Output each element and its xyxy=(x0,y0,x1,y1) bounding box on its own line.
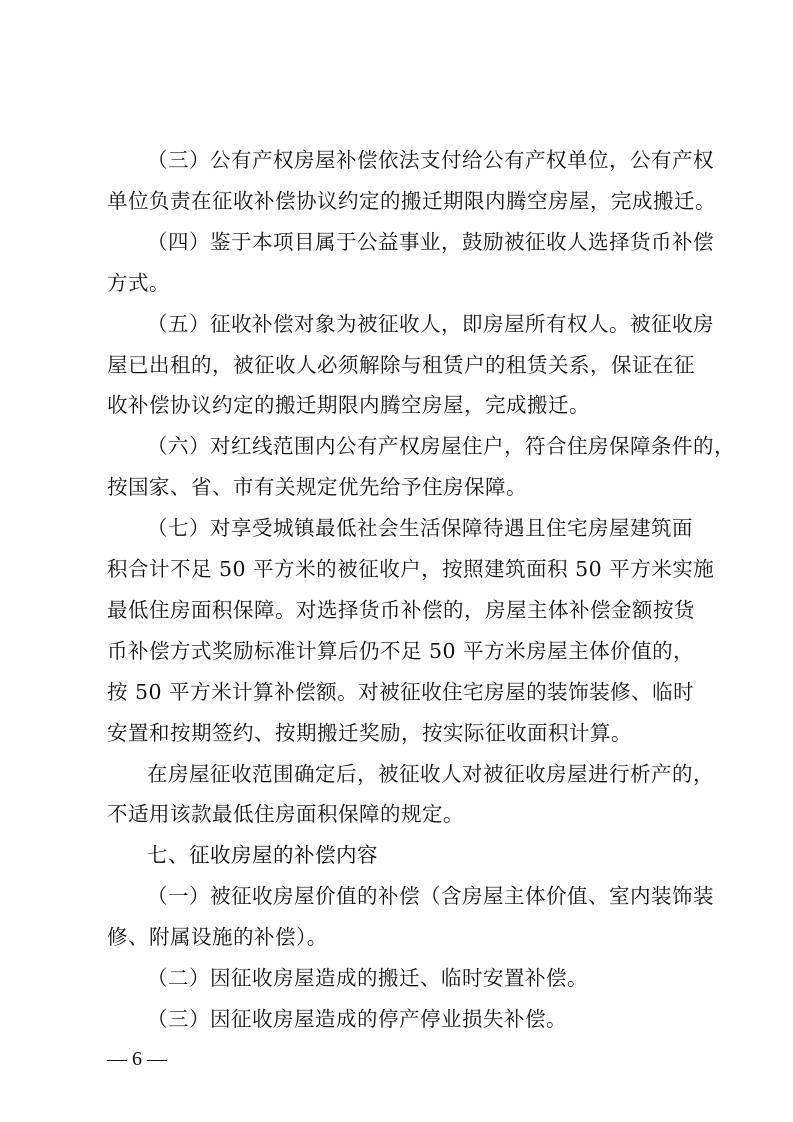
text-line: （五）征收补偿对象为被征收人，即房屋所有权人。被征收房 xyxy=(147,310,747,338)
text-line: 按国家、省、市有关规定优先给予住房保障。 xyxy=(107,473,707,501)
text-line: 按 50 平方米计算补偿额。对被征收住宅房屋的装饰装修、临时 xyxy=(107,678,707,706)
text-line: 币补偿方式奖励标准计算后仍不足 50 平方米房屋主体价值的， xyxy=(107,637,707,665)
text-line: 安置和按期签约、按期搬迁奖励，按实际征收面积计算。 xyxy=(107,719,707,747)
text-line: 修、附属设施的补偿）。 xyxy=(107,923,707,951)
text-line: 积合计不足 50 平方米的被征收户，按照建筑面积 50 平方米实施 xyxy=(107,555,707,583)
text-line: （七）对享受城镇最低社会生活保障待遇且住宅房屋建筑面 xyxy=(147,514,747,542)
text-line: 单位负责在征收补偿协议约定的搬迁期限内腾空房屋，完成搬迁。 xyxy=(107,187,707,215)
text-line: 收补偿协议约定的搬迁期限内腾空房屋，完成搬迁。 xyxy=(107,391,707,419)
text-line: 方式。 xyxy=(107,269,707,297)
text-line: （三）公有产权房屋补偿依法支付给公有产权单位，公有产权 xyxy=(147,146,747,174)
text-line: （二）因征收房屋造成的搬迁、临时安置补偿。 xyxy=(147,964,747,992)
text-line: （四）鉴于本项目属于公益事业，鼓励被征收人选择货币补偿 xyxy=(147,228,747,256)
text-line: 屋已出租的，被征收人必须解除与租赁户的租赁关系，保证在征 xyxy=(107,351,707,379)
section-heading: 七、征收房屋的补偿内容 xyxy=(147,841,747,869)
document-page: （三）公有产权房屋补偿依法支付给公有产权单位，公有产权单位负责在征收补偿协议约定… xyxy=(0,0,793,1122)
text-line: 最低住房面积保障。对选择货币补偿的，房屋主体补偿金额按货 xyxy=(107,596,707,624)
text-line: （六）对红线范围内公有产权房屋住户，符合住房保障条件的， xyxy=(147,432,747,460)
text-line: （一）被征收房屋价值的补偿（含房屋主体价值、室内装饰装 xyxy=(147,882,747,910)
text-line: （三）因征收房屋造成的停产停业损失补偿。 xyxy=(147,1005,747,1033)
page-number: — 6 — xyxy=(107,1048,167,1071)
text-line: 在房屋征收范围确定后，被征收人对被征收房屋进行析产的， xyxy=(147,760,747,788)
text-line: 不适用该款最低住房面积保障的规定。 xyxy=(107,800,707,828)
